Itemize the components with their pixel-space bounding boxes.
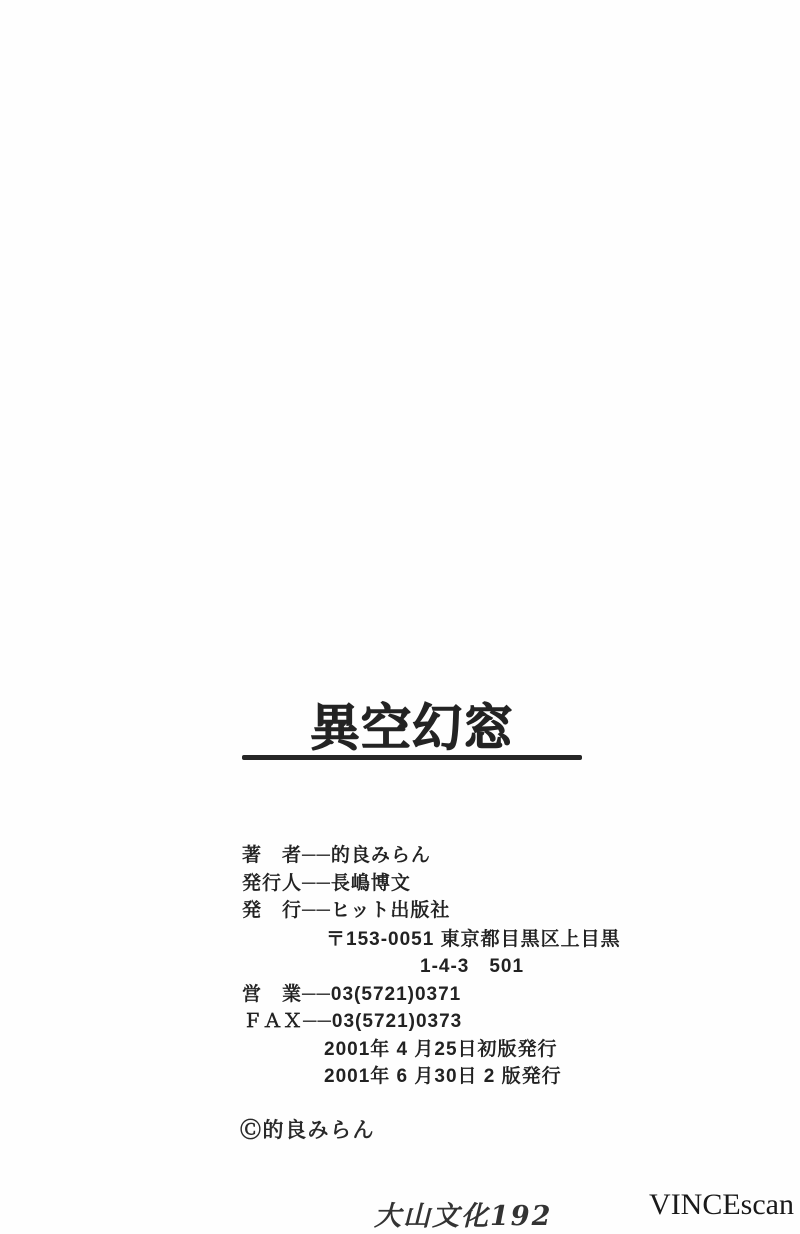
footer-scanner-credit: VINCEscan	[649, 1188, 794, 1222]
footer-publisher-mark: 大山文化192	[374, 1194, 552, 1233]
colophon-second-edition-line: 2001年 6 月30日 2 版発行	[324, 1061, 562, 1088]
copyright-notice: Ⓒ的良みらん	[240, 1114, 375, 1144]
colophon-fax-line: ＦＡＸ──03(5721)0373	[243, 1006, 462, 1033]
colophon-publisher-person-line: 発行人──長嶋博文	[242, 868, 411, 895]
title-underline-rule	[242, 755, 582, 760]
colophon-address-line-2: 1-4-3 501	[420, 951, 524, 978]
colophon-author-line: 著 者──的良みらん	[242, 840, 431, 867]
colophon-address-line-1: 〒153-0051 東京都目黒区上目黒	[326, 924, 621, 951]
book-title: 異空幻窓	[0, 688, 800, 760]
colophon-first-edition-line: 2001年 4 月25日初版発行	[324, 1034, 558, 1061]
colophon-sales-phone-line: 営 業──03(5721)0371	[242, 979, 461, 1006]
colophon-publishing-house-line: 発 行──ヒット出版社	[242, 895, 450, 922]
scanned-colophon-page: 異空幻窓 著 者──的良みらん 発行人──長嶋博文 発 行──ヒット出版社 〒1…	[0, 0, 800, 1234]
